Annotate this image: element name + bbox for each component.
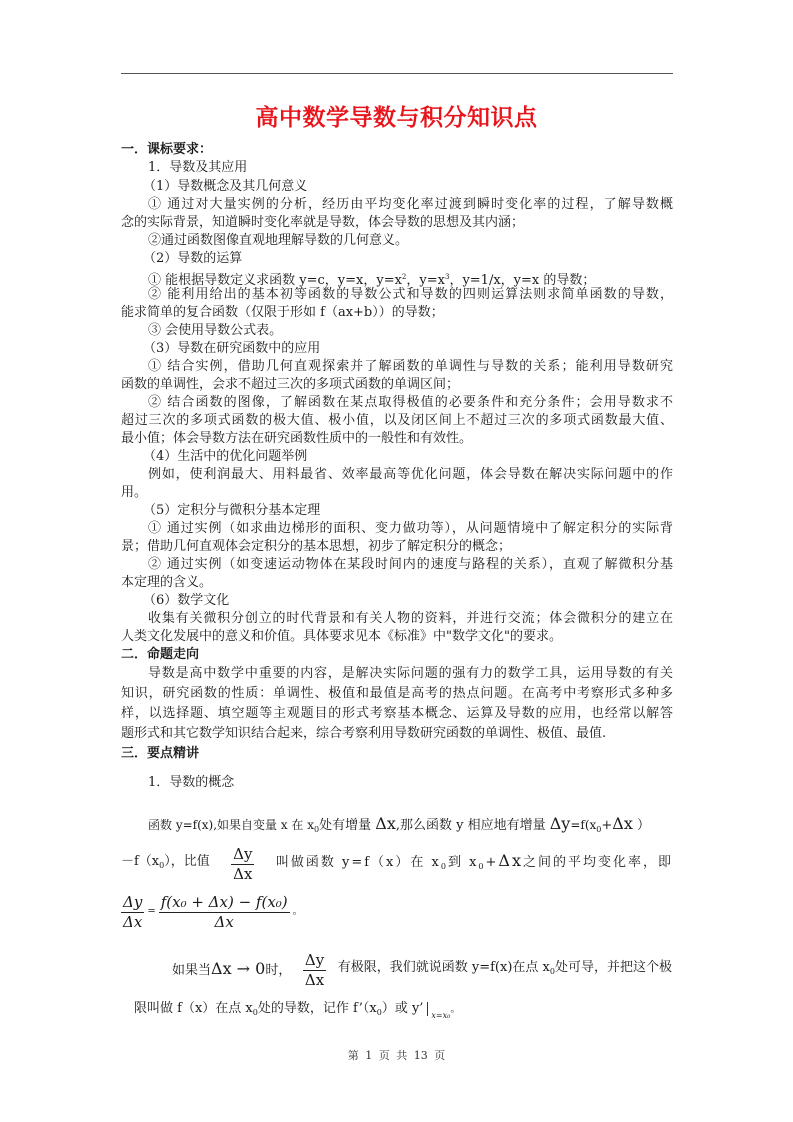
delta-x: Δx (612, 814, 633, 833)
p5-b-line2: 本定理的含义。 (121, 574, 212, 592)
denominator: Δx (231, 865, 254, 884)
delta-y: Δy (550, 814, 571, 833)
limit-definition-line2: 限叫做 f（x）在点 x0处的导数，记作 f’（x0）或 y’x=x₀。 (134, 1000, 460, 1025)
p2-title: （2）导数的运算 (143, 250, 242, 268)
text: －f（x (121, 854, 159, 869)
text: + (601, 818, 612, 833)
limit-definition-line1: 如果当Δx → 0时， ΔyΔx 有极限，我们就说函数 y=f(x)在点 x0处… (172, 948, 672, 992)
fraction-dy-dx: ΔyΔx (231, 845, 254, 884)
p3-a-line2: 函数的单调性，会求不超过三次的多项式函数的单调区间； (121, 376, 459, 394)
period: 。 (450, 1004, 460, 1015)
p5-a-line1: ① 通过实例（如求曲边梯形的面积、变力做功等），从问题情境中了解定积分的实际背 (121, 520, 673, 538)
p2-c: ③ 会使用导数公式表。 (148, 322, 282, 340)
text: 到 x (448, 855, 478, 870)
p5-b-line1: ② 通过实例（如变速运动物体在某段时间内的速度与路程的关系），直观了解微积分基 (121, 556, 673, 574)
p1-a-line1: ① 通过对大量实例的分析，经历由平均变化率过渡到瞬时变化率的过程，了解导数概 (121, 196, 673, 214)
period: 。 (293, 903, 303, 921)
p5-title: （5）定积分与微积分基本定理 (143, 502, 320, 520)
subscript: 0 (478, 862, 485, 871)
p3-b-line1: ② 结合函数的图像，了解函数在某点取得极值的必要条件和充分条件；会用导数求不 (121, 394, 673, 412)
fraction-dy-dx: ΔyΔx (303, 951, 326, 990)
s2-line3: 样，以选择题、填空题等主观题目的形式考察基本概念、运算及导数的应用，也经常以解答 (121, 705, 673, 723)
text: 限叫做 f（x）在点 x (134, 1001, 253, 1016)
denominator: Δx (303, 971, 326, 990)
delta-x: Δx (498, 851, 523, 870)
section2-heading: 二．命题走向 (121, 646, 199, 664)
text: 如果当 (172, 963, 211, 978)
section1-heading: 一．课标要求： (121, 141, 212, 159)
subscript: 0 (441, 862, 448, 871)
derivative-def-line2: －f（x0），比值 ΔyΔx 叫做函数 y=f（x）在 x0到 x0+Δx之间的… (121, 843, 673, 885)
s2-line1: 导数是高中数学中重要的内容，是解决实际问题的强有力的数学工具，运用导数的有关 (121, 665, 673, 683)
p2-b-line1: ② 能利用给出的基本初等函数的导数公式和导数的四则运算法则求简单函数的导数， (121, 286, 673, 304)
text: ,那么函数 y 相应地有增量 (396, 818, 546, 833)
text: 处可导，并把这个极 (555, 960, 672, 975)
text: ）或 y’ (382, 1001, 424, 1016)
p6-line1: 收集有关微积分创立的时代背景和有关人物的资料，并进行交流；体会微积分的建立在 (121, 610, 673, 628)
p4-line2: 用。 (121, 484, 147, 502)
denominator: Δx (213, 913, 236, 932)
evaluation-subscript: x=x₀ (431, 1011, 450, 1020)
numerator: Δy (231, 845, 254, 865)
section3-heading: 三．要点精讲 (121, 745, 199, 763)
equals: = (147, 903, 155, 921)
difference-quotient: f(x₀ + Δx) − f(x₀)Δx (159, 893, 290, 932)
text: 处的导数，记作 f’（x (258, 1001, 377, 1016)
numerator: f(x₀ + Δx) − f(x₀) (159, 893, 290, 913)
limit-expression: Δx → 0 (211, 959, 265, 978)
p3-b-line2: 超过三次的多项式函数的极大值、极小值，以及闭区间上不超过三次的多项式函数最大值、 (121, 412, 673, 430)
s2-line2: 知识，研究函数的性质：单调性、极值和最值是高考的热点问题。在高考中考察形式多种多 (121, 685, 673, 703)
p6-title: （6）数学文化 (143, 592, 229, 610)
p1-b: ②通过函数图像直观地理解导数的几何意义。 (148, 232, 408, 250)
p3-title: （3）导数在研究函数中的应用 (143, 340, 320, 358)
p5-a-line2: 景；借助几何直观体会定积分的基本思想，初步了解定积分的概念； (121, 538, 511, 556)
text: ） (637, 818, 650, 833)
p6-line2: 人类文化发展中的意义和价值。具体要求见本《标准》中"数学文化"的要求。 (121, 628, 562, 646)
delta-x: Δx (375, 814, 396, 833)
average-rate-equation: ΔyΔx = f(x₀ + Δx) − f(x₀)Δx 。 (121, 890, 303, 934)
document-title: 高中数学导数与积分知识点 (0, 99, 793, 132)
p4-line1: 例如，使利润最大、用料最省、效率最高等优化问题，体会导数在解决实际问题中的作 (121, 466, 673, 484)
p1-a-line2: 念的实际背景，知道瞬时变化率就是导数，体会导数的思想及其内涵； (121, 214, 524, 232)
text: + (486, 855, 499, 870)
p2-b-line2: 能求简单的复合函数（仅限于形如 f（ax+b））的导数； (121, 304, 444, 322)
s3-sub1: 1．导数的概念 (148, 774, 234, 792)
header-rule (121, 73, 673, 74)
text: 叫做函数 y=f（x）在 x (276, 855, 441, 870)
evaluation-bar (427, 1002, 428, 1016)
p3-a-line1: ① 结合实例，借助几何直观探索并了解函数的单调性与导数的关系；能利用导数研究 (121, 358, 673, 376)
text: 时， (265, 963, 291, 978)
section1-sub1: 1．导数及其应用 (148, 159, 247, 177)
numerator: Δy (121, 893, 144, 913)
text: =f(x (570, 818, 596, 832)
text: 之间的平均变化率，即 (523, 855, 673, 870)
text: ），比值 (164, 854, 210, 869)
p4-title: （4）生活中的优化问题举例 (143, 448, 307, 466)
p1-title: （1）导数概念及其几何意义 (143, 178, 307, 196)
denominator: Δx (121, 913, 144, 932)
text: 函数 y=f(x),如果自变量 x 在 x (148, 818, 314, 832)
p3-b-line3: 最小值；体会导数方法在研究函数性质中的一般性和有效性。 (121, 430, 472, 448)
fraction-dy-dx: ΔyΔx (121, 893, 144, 932)
text: 处有增量 (319, 818, 371, 833)
text: 有极限，我们就说函数 y=f(x)在点 x (338, 960, 550, 975)
numerator: Δy (303, 951, 326, 971)
derivative-def-line1: 函数 y=f(x),如果自变量 x 在 x0处有增量 Δx,那么函数 y 相应地… (148, 815, 650, 839)
page-footer: 第 1 页 共 13 页 (0, 1047, 793, 1063)
s2-line4: 题形式和其它数学知识结合起来，综合考察利用导数研究函数的单调性、极值、最值. (121, 725, 606, 743)
